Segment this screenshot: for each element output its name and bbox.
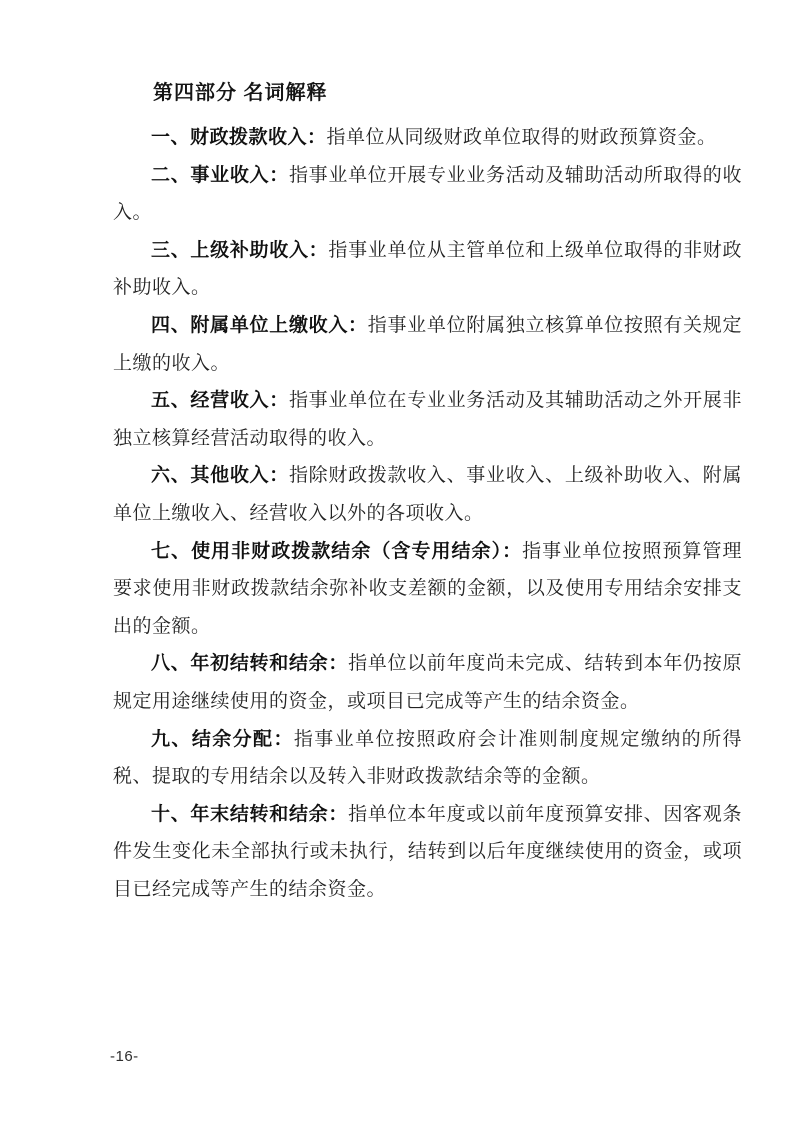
term-definition: 指单位从同级财政单位取得的财政预算资金。: [327, 127, 717, 148]
term-label: 八、年初结转和结余：: [151, 653, 348, 674]
term-paragraph: 三、上级补助收入：指事业单位从主管单位和上级单位取得的非财政补助收入。: [113, 232, 742, 307]
term-label: 四、附属单位上缴收入：: [151, 315, 368, 336]
term-paragraph: 十、年末结转和结余：指单位本年度或以前年度预算安排、因客观条件发生变化未全部执行…: [113, 796, 742, 909]
term-label: 一、财政拨款收入：: [151, 127, 327, 148]
term-label: 六、其他收入：: [151, 465, 289, 486]
term-paragraph: 六、其他收入：指除财政拨款收入、事业收入、上级补助收入、附属单位上缴收入、经营收…: [113, 457, 742, 532]
term-paragraph: 二、事业收入：指事业单位开展专业业务活动及辅助活动所取得的收入。: [113, 157, 742, 232]
term-paragraph: 一、财政拨款收入：指单位从同级财政单位取得的财政预算资金。: [113, 119, 742, 157]
section-heading: 第四部分 名词解释: [113, 74, 742, 112]
term-label: 七、使用非财政拨款结余（含专用结余）：: [151, 541, 522, 562]
term-label: 五、经营收入：: [151, 390, 289, 411]
document-page: 第四部分 名词解释 一、财政拨款收入：指单位从同级财政单位取得的财政预算资金。 …: [0, 0, 793, 1122]
term-label: 二、事业收入：: [151, 165, 289, 186]
page-number: -16-: [110, 1048, 139, 1065]
term-paragraph: 九、结余分配：指事业单位按照政府会计准则制度规定缴纳的所得税、提取的专用结余以及…: [113, 721, 742, 796]
term-paragraph: 五、经营收入：指事业单位在专业业务活动及其辅助活动之外开展非独立核算经营活动取得…: [113, 382, 742, 457]
term-label: 十、年末结转和结余：: [151, 804, 348, 825]
term-label: 九、结余分配：: [151, 729, 294, 750]
term-paragraph: 八、年初结转和结余：指单位以前年度尚未完成、结转到本年仍按原规定用途继续使用的资…: [113, 645, 742, 720]
term-paragraph: 四、附属单位上缴收入：指事业单位附属独立核算单位按照有关规定上缴的收入。: [113, 307, 742, 382]
term-label: 三、上级补助收入：: [151, 240, 328, 261]
term-paragraph: 七、使用非财政拨款结余（含专用结余）：指事业单位按照预算管理要求使用非财政拨款结…: [113, 533, 742, 646]
